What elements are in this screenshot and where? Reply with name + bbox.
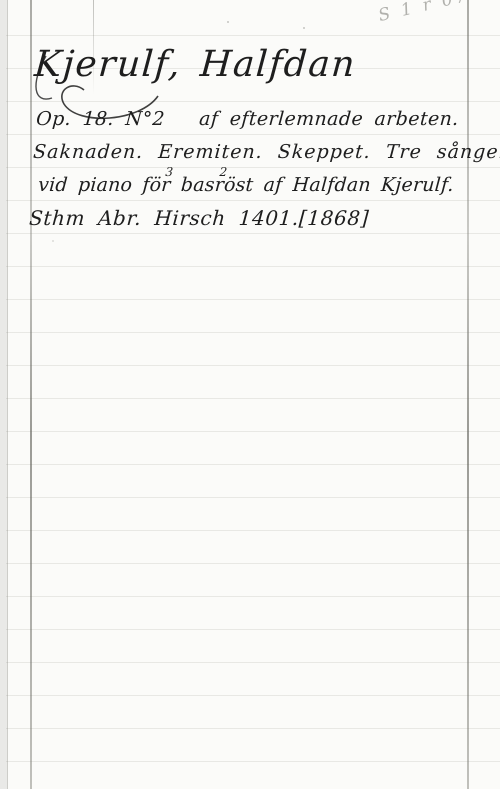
paper-speck (303, 27, 305, 29)
pencil-shelfmark: S 1 r 07 (377, 0, 472, 26)
publisher-line: Sthm Abr. Hirsch 1401.[1868] (28, 202, 370, 235)
paper-speck (52, 240, 54, 242)
catalog-card-scan: S 1 r 07 Kjerulf, Halfdan Op. 18. N°2 af… (0, 0, 500, 789)
left-margin-rule (30, 0, 32, 789)
word-basrost-text: basröst (180, 174, 254, 196)
card-heading-author: Kjerulf, Halfdan (33, 44, 357, 85)
imprint-line: vid piano för3 basröst2 af Halfdan Kjeru… (37, 169, 455, 202)
opus-line: Op. 18. N°2 af efterlemnade arbeten. (35, 103, 460, 136)
word-basrost: basröst2 (180, 169, 255, 202)
imprint-segment-a: vid piano (37, 174, 143, 196)
paper-speck (227, 21, 229, 23)
word-for: för3 (141, 169, 171, 202)
right-margin-rule (467, 0, 469, 789)
contents-line: Saknaden. Eremiten. Skeppet. Tre sånger (32, 136, 500, 169)
imprint-segment-c: af Halfdan Kjerulf. (253, 174, 455, 196)
